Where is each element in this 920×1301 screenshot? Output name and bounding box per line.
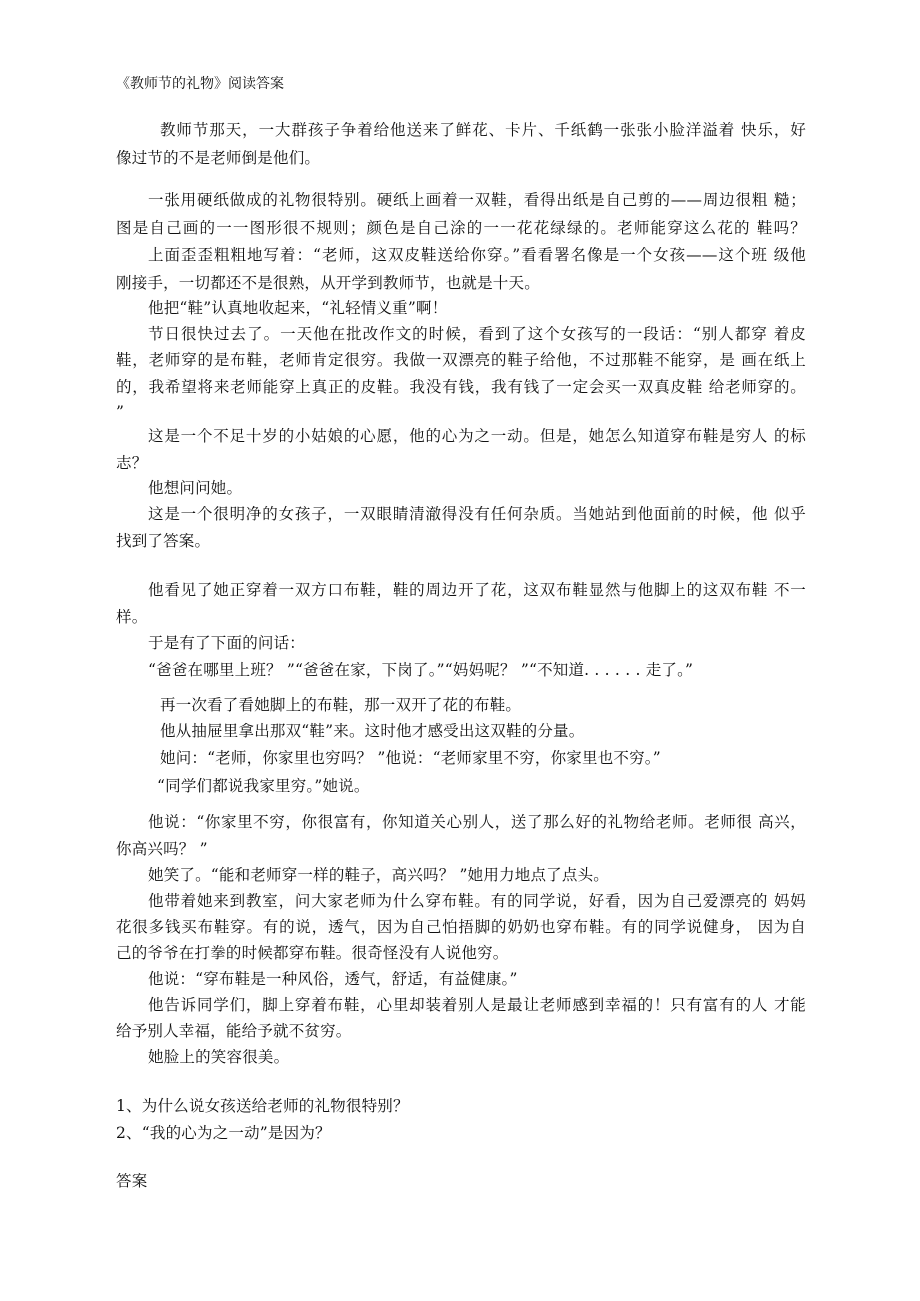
text-line: “爸爸在哪里上班？ ”“爸爸在家，下岗了。”“妈妈呢？ ”“不知道. . . .…	[148, 660, 806, 680]
text-line: 他告诉同学们，脚上穿着布鞋，心里却装着别人是最让老师感到幸福的！只有富有的人 才…	[148, 995, 806, 1015]
text-line: 他把“鞋”认真地收起来，“礼轻情义重”啊！	[148, 298, 806, 318]
text-line: 他带着她来到教室，问大家老师为什么穿布鞋。有的同学说，好看，因为自己爱漂亮的 妈…	[148, 891, 806, 911]
text-line: “同学们都说我家里穷。”她说。	[157, 776, 806, 796]
text-line: 的，我希望将来老师能穿上真正的皮鞋。我没有钱，我有钱了一定会买一双真皮鞋 给老师…	[116, 377, 806, 397]
text-line: 这是一个很明净的女孩子，一双眼睛清澈得没有任何杂质。当她站到他面前的时候，他 似…	[148, 504, 806, 524]
text-line: 她脸上的笑容很美。	[148, 1047, 806, 1067]
text-line: 他说：“你家里不穷，你很富有，你知道关心别人，送了那么好的礼物给老师。老师很 高…	[148, 812, 806, 832]
text-line: 你高兴吗？ ”	[116, 839, 806, 859]
text-line: 再一次看了看她脚上的布鞋，那一双开了花的布鞋。	[160, 695, 806, 715]
text-line: 刚接手，一切都还不是很熟，从开学到教师节，也就是十天。	[116, 273, 806, 293]
text-line: 找到了答案。	[116, 531, 806, 551]
text-line: 图是自己画的一一图形很不规则；颜色是自己涂的一一花花绿绿的。老师能穿这么花的 鞋…	[116, 218, 806, 238]
document-title: 《教师节的礼物》阅读答案	[116, 74, 806, 94]
question-2: 2、“我的心为之一动”是因为？	[116, 1123, 806, 1143]
text-line: 花很多钱买布鞋穿。有的说，透气，因为自己怕捂脚的奶奶也穿布鞋。有的同学说健身， …	[116, 917, 806, 937]
text-line: 她笑了。“能和老师穿一样的鞋子，高兴吗？ ”她用力地点了点头。	[148, 865, 806, 885]
text-line: ”	[116, 402, 806, 422]
text-line: 他说：“穿布鞋是一种风俗，透气，舒适，有益健康。”	[148, 969, 806, 989]
text-line: 他从抽屉里拿出那双“鞋”来。这时他才感受出这双鞋的分量。	[160, 721, 806, 741]
text-line: 志？	[116, 453, 806, 473]
text-line: 她问：“老师，你家里也穷吗？ ”他说：“老师家里不穷，你家里也不穷。”	[160, 748, 806, 768]
text-line: 上面歪歪粗粗地写着：“老师，这双皮鞋送给你穿。”看看署名像是一个女孩——这个班 …	[148, 245, 806, 265]
question-text: “我的心为之一动”是因为？	[142, 1124, 331, 1142]
text-line: 这是一个不足十岁的小姑娘的心愿，他的心为之一动。但是，她怎么知道穿布鞋是穷人 的…	[148, 426, 806, 446]
text-line: 节日很快过去了。一天他在批改作文的时候，看到了这个女孩写的一段话：“别人都穿 着…	[148, 324, 806, 344]
question-text: 为什么说女孩送给老师的礼物很特别？	[142, 1097, 409, 1115]
text-line: 教师节那天，一大群孩子争着给他送来了鲜花、卡片、千纸鹤一张张小脸洋溢着 快乐，好	[160, 120, 806, 140]
text-line: 鞋，老师穿的是布鞋，老师肯定很穷。我做一双漂亮的鞋子给他，不过那鞋不能穿，是 画…	[116, 350, 806, 370]
question-number: 1、	[116, 1097, 142, 1115]
text-line: 样。	[116, 607, 806, 627]
question-number: 2、	[116, 1124, 142, 1142]
question-1: 1、为什么说女孩送给老师的礼物很特别？	[116, 1096, 806, 1116]
document-page: 《教师节的礼物》阅读答案 教师节那天，一大群孩子争着给他送来了鲜花、卡片、千纸鹤…	[0, 0, 920, 1301]
text-line: 他看见了她正穿着一双方口布鞋，鞋的周边开了花，这双布鞋显然与他脚上的这双布鞋 不…	[148, 580, 806, 600]
text-line: 像过节的不是老师倒是他们。	[116, 148, 806, 168]
answer-heading: 答案	[116, 1171, 806, 1191]
text-line: 给予别人幸福，能给予就不贫穷。	[116, 1021, 806, 1041]
text-line: 一张用硬纸做成的礼物很特别。硬纸上画着一双鞋，看得出纸是自己剪的——周边很粗 糙…	[148, 190, 806, 210]
text-line: 他想问问她。	[148, 478, 806, 498]
text-line: 于是有了下面的问话：	[148, 633, 806, 653]
text-line: 己的爷爷在打拳的时候都穿布鞋。很奇怪没有人说他穷。	[116, 943, 806, 963]
